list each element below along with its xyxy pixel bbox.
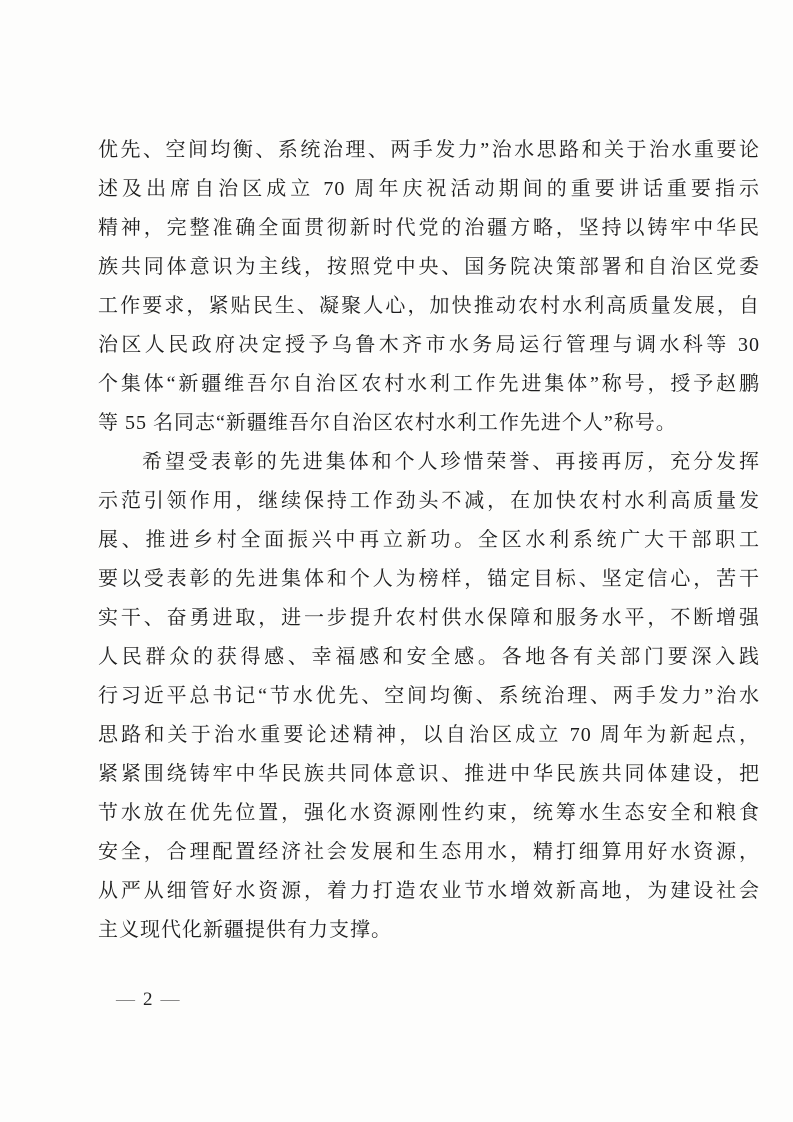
- text-line: 节水放在优先位置，强化水资源刚性约束，统筹水生态安全和粮食: [98, 794, 760, 833]
- footer-right-dash: —: [155, 989, 188, 1010]
- page-footer: —2—: [110, 988, 188, 1012]
- text-line-paragraph-end: 主义现代化新疆提供有力支撑。: [98, 911, 760, 950]
- text-line: 优先、空间均衡、系统治理、两手发力”治水思路和关于治水重要论: [98, 131, 760, 170]
- document-body: 优先、空间均衡、系统治理、两手发力”治水思路和关于治水重要论 述及出席自治区成立…: [98, 131, 760, 950]
- text-line: 思路和关于治水重要论述精神，以自治区成立 70 周年为新起点，: [98, 716, 760, 755]
- text-line: 展、推进乡村全面振兴中再立新功。全区水利系统广大干部职工: [98, 521, 760, 560]
- page-number: 2: [143, 989, 155, 1010]
- footer-left-dash: —: [110, 989, 143, 1010]
- text-line: 治区人民政府决定授予乌鲁木齐市水务局运行管理与调水科等 30: [98, 326, 760, 365]
- text-line: 个集体“新疆维吾尔自治区农村水利工作先进集体”称号，授予赵鹏: [98, 365, 760, 404]
- text-line: 精神，完整准确全面贯彻新时代党的治疆方略，坚持以铸牢中华民: [98, 209, 760, 248]
- document-page: 优先、空间均衡、系统治理、两手发力”治水思路和关于治水重要论 述及出席自治区成立…: [0, 0, 793, 1122]
- text-line: 述及出席自治区成立 70 周年庆祝活动期间的重要讲话重要指示: [98, 170, 760, 209]
- text-line-paragraph-start: 希望受表彰的先进集体和个人珍惜荣誉、再接再厉，充分发挥: [98, 443, 760, 482]
- text-line: 工作要求，紧贴民生、凝聚人心，加快推动农村水利高质量发展，自: [98, 287, 760, 326]
- text-line: 族共同体意识为主线，按照党中央、国务院决策部署和自治区党委: [98, 248, 760, 287]
- text-line: 安全，合理配置经济社会发展和生态用水，精打细算用好水资源，: [98, 833, 760, 872]
- text-line: 从严从细管好水资源，着力打造农业节水增效新高地，为建设社会: [98, 872, 760, 911]
- text-line: 实干、奋勇进取，进一步提升农村供水保障和服务水平，不断增强: [98, 599, 760, 638]
- text-line-paragraph-end: 等 55 名同志“新疆维吾尔自治区农村水利工作先进个人”称号。: [98, 404, 760, 443]
- text-line: 紧紧围绕铸牢中华民族共同体意识、推进中华民族共同体建设，把: [98, 755, 760, 794]
- text-line: 行习近平总书记“节水优先、空间均衡、系统治理、两手发力”治水: [98, 677, 760, 716]
- text-line: 要以受表彰的先进集体和个人为榜样，锚定目标、坚定信心，苦干: [98, 560, 760, 599]
- text-line: 人民群众的获得感、幸福感和安全感。各地各有关部门要深入践: [98, 638, 760, 677]
- text-line: 示范引领作用，继续保持工作劲头不减，在加快农村水利高质量发: [98, 482, 760, 521]
